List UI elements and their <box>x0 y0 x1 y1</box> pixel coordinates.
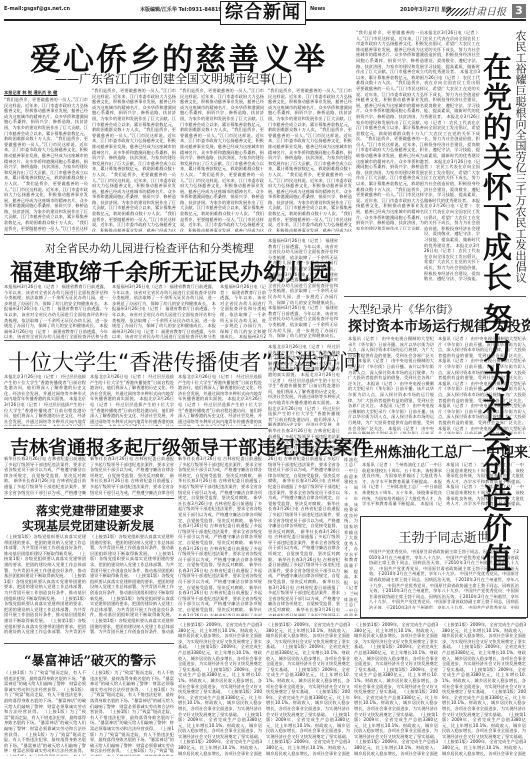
page-number: 3 <box>512 4 526 18</box>
side-body-col: 本报讯（记者 ） 兰州炼油化工总厂一中日前迎来建校五十周年。五十年来，该校秉承优… <box>344 440 358 616</box>
party-body-col1: （上接第1版）各级党组织要认真落实党建带团建的要求，把团的建设纳入党建工作总体部… <box>4 534 86 634</box>
charity-byline: 本报记者 林 锐 通讯员 张 健 <box>4 90 82 96</box>
wealth-body-col1: （上接1版）为了“致富”铤而走险，有人不惜违法犯罪，最终落得身败名裂的下场。“暴… <box>4 670 86 756</box>
continued-body-col4: （上接第1版）2009年，全省完成生产总值3380亿元，比上年增长10.1%。财… <box>442 622 526 756</box>
divider <box>178 618 526 619</box>
jilin-body-col4: 新华社长春3月26日电 吉林省纪委日前通报了多起厅级领导干部违纪违法案件，要求全… <box>268 428 340 616</box>
divider <box>4 498 174 499</box>
divider <box>4 428 268 429</box>
continued-body-col1: （上接第1版）2009年，全省完成生产总值3380亿元，比上年增长10.1%。财… <box>178 622 262 756</box>
hk-body-col4: 本报北京3月26日电（记者 ） 经过层层选拔产生的十位大学生“香港传播使者”日前… <box>268 344 340 426</box>
wealth-headline: “暴富神话”破灭的警示 <box>24 650 156 669</box>
page-header: E-mail:gsgsf@gs.net.cn 本版编辑/江乐华 Tel:0931… <box>0 0 530 26</box>
lanzhou-headline: 兰州炼油化工总厂一中迎来五十华诞 <box>360 442 530 462</box>
divider <box>344 438 526 439</box>
charity-body-col3: “我们是侨乡，更要做慈善的一员人。”江门市民这样说。近年来，江门市委市政府大力弘… <box>180 88 264 232</box>
wallstreet-kicker: 大型纪录片《华尔街》 <box>348 301 458 317</box>
party-body-col2: （上接第1版）各级党组织要认真落实党建带团建的要求，把团的建设纳入党建工作总体部… <box>90 534 174 634</box>
jilin-body-col1: 新华社长春3月26日电 吉林省纪委日前通报了多起厅级领导干部违纪违法案件，要求全… <box>4 456 86 496</box>
migrant-body: 本报北京3月26日电（记者 ） 农民工代表在京向全国农民工发出倡议，希望广大农民… <box>424 30 480 282</box>
hk-body-col3: 本报北京3月26日电（记者 ） 经过层层选拔产生的十位大学生“香港传播使者”日前… <box>178 374 262 426</box>
jilin-body-col3: 新华社长春3月26日电 吉林省纪委日前通报了多起厅级领导干部违纪违法案件，要求全… <box>178 456 262 616</box>
obituary-body: 中国共产党优秀党员、中国原甘肃省政协副主席王勃于同志，因病医治无效，于2010年… <box>369 549 519 609</box>
kindergarten-body-col4: 本报福州3月26日电（记者 ） 福建省教育厅日前透露，今年以来，该省对全省民办幼… <box>268 238 338 338</box>
kindergarten-body-col2: 本报福州3月26日电（记者 ） 福建省教育厅日前透露，今年以来，该省对全省民办幼… <box>112 284 216 339</box>
wallstreet-body-col2: 本报讯（记者 ） 由中央电视台摄制的大型纪录片《华尔街》日前开播。该片以华尔街为… <box>438 336 526 434</box>
continued-body-col3: （上接第1版）2009年，全省完成生产总值3380亿元，比上年增长10.1%。财… <box>354 622 438 756</box>
obituary-headline: 王勃于同志逝世 <box>361 527 527 546</box>
migrant-subheadline: 农民工裕耀巨聪根向全国劳亿三千万农民工发出倡议 <box>514 30 526 283</box>
charity-subheadline: ——广东省江门市创建全国文明城市纪事(上) <box>55 70 292 87</box>
charity-body-col5: “我们是侨乡，更要做慈善的一员人。”江门市民这样说。近年来，江门市委市政府大力弘… <box>356 30 424 230</box>
party-headline-line2: 实现基层党团建设新发展 <box>22 517 154 534</box>
lanzhou-body-col1: 本报讯（记者 ） 兰州炼油化工总厂一中日前迎来建校五十周年。五十年来，该校秉承优… <box>362 462 442 506</box>
charity-body-col4: “我们是侨乡，更要做慈善的一员人。”江门市民这样说。近年来，江门市委市政府大力弘… <box>268 88 352 232</box>
divider <box>4 234 340 235</box>
jilin-body-col2: 新华社长春3月26日电 吉林省纪委日前通报了多起厅级领导干部违纪违法案件，要求全… <box>90 456 174 496</box>
lanzhou-body-col2: 本报讯（记者 ） 兰州炼油化工总厂一中日前迎来建校五十周年。五十年来，该校秉承优… <box>446 462 524 506</box>
charity-body-col2: “我们是侨乡，更要做慈善的一员人。”江门市民这样说。近年来，江门市委市政府大力弘… <box>92 88 176 232</box>
hk-body-col2: 本报北京3月26日电（记者 ） 经过层层选拔产生的十位大学生“香港传播使者”日前… <box>90 374 174 426</box>
wallstreet-body-col1: 本报讯（记者 ） 由中央电视台摄制的大型纪录片《华尔街》日前开播。该片以华尔街为… <box>348 336 434 434</box>
hk-body-col1: 本报北京3月26日电（记者 ） 经过层层选拔产生的十位大学生“香港传播使者”日前… <box>4 374 86 426</box>
wallstreet-headline: 探讨资本市场运行规律 为投资者提供借鉴 <box>348 316 530 336</box>
header-email: E-mail:gsgsf@gs.net.cn <box>4 6 70 12</box>
divider <box>344 296 526 297</box>
divider <box>4 643 174 644</box>
paper-logo: 甘肃日报 <box>466 3 506 18</box>
wealth-body-col2: （上接1版）为了“致富”铤而走险，有人不惜违法犯罪，最终落得身败名裂的下场。“暴… <box>90 670 174 756</box>
kindergarten-body-col1: 本报福州3月26日电（记者 ） 福建省教育厅日前透露，今年以来，该省对全省民办幼… <box>4 284 108 339</box>
header-editor-info: 本版编辑/江乐华 Tel:0931-8481930 <box>140 6 229 13</box>
divider <box>4 340 340 341</box>
section-title: 综合新闻 <box>220 1 306 25</box>
section-en-label: News <box>310 6 325 12</box>
charity-body-col1: “我们是侨乡，更要做慈善的一员人。”江门市民这样说。近年来，江门市委市政府大力弘… <box>4 97 88 232</box>
kindergarten-body-col3: 本报福州3月26日电（记者 ） 福建省教育厅日前透露，今年以来，该省对全省民办幼… <box>220 284 266 339</box>
obituary-box: 王勃于同志逝世 中国共产党优秀党员、中国原甘肃省政协副主席王勃于同志，因病医治无… <box>360 516 528 618</box>
hatch-decoration-icon <box>446 8 468 16</box>
continued-body-col2: （上接第1版）2009年，全省完成生产总值3380亿元，比上年增长10.1%。财… <box>266 622 350 756</box>
